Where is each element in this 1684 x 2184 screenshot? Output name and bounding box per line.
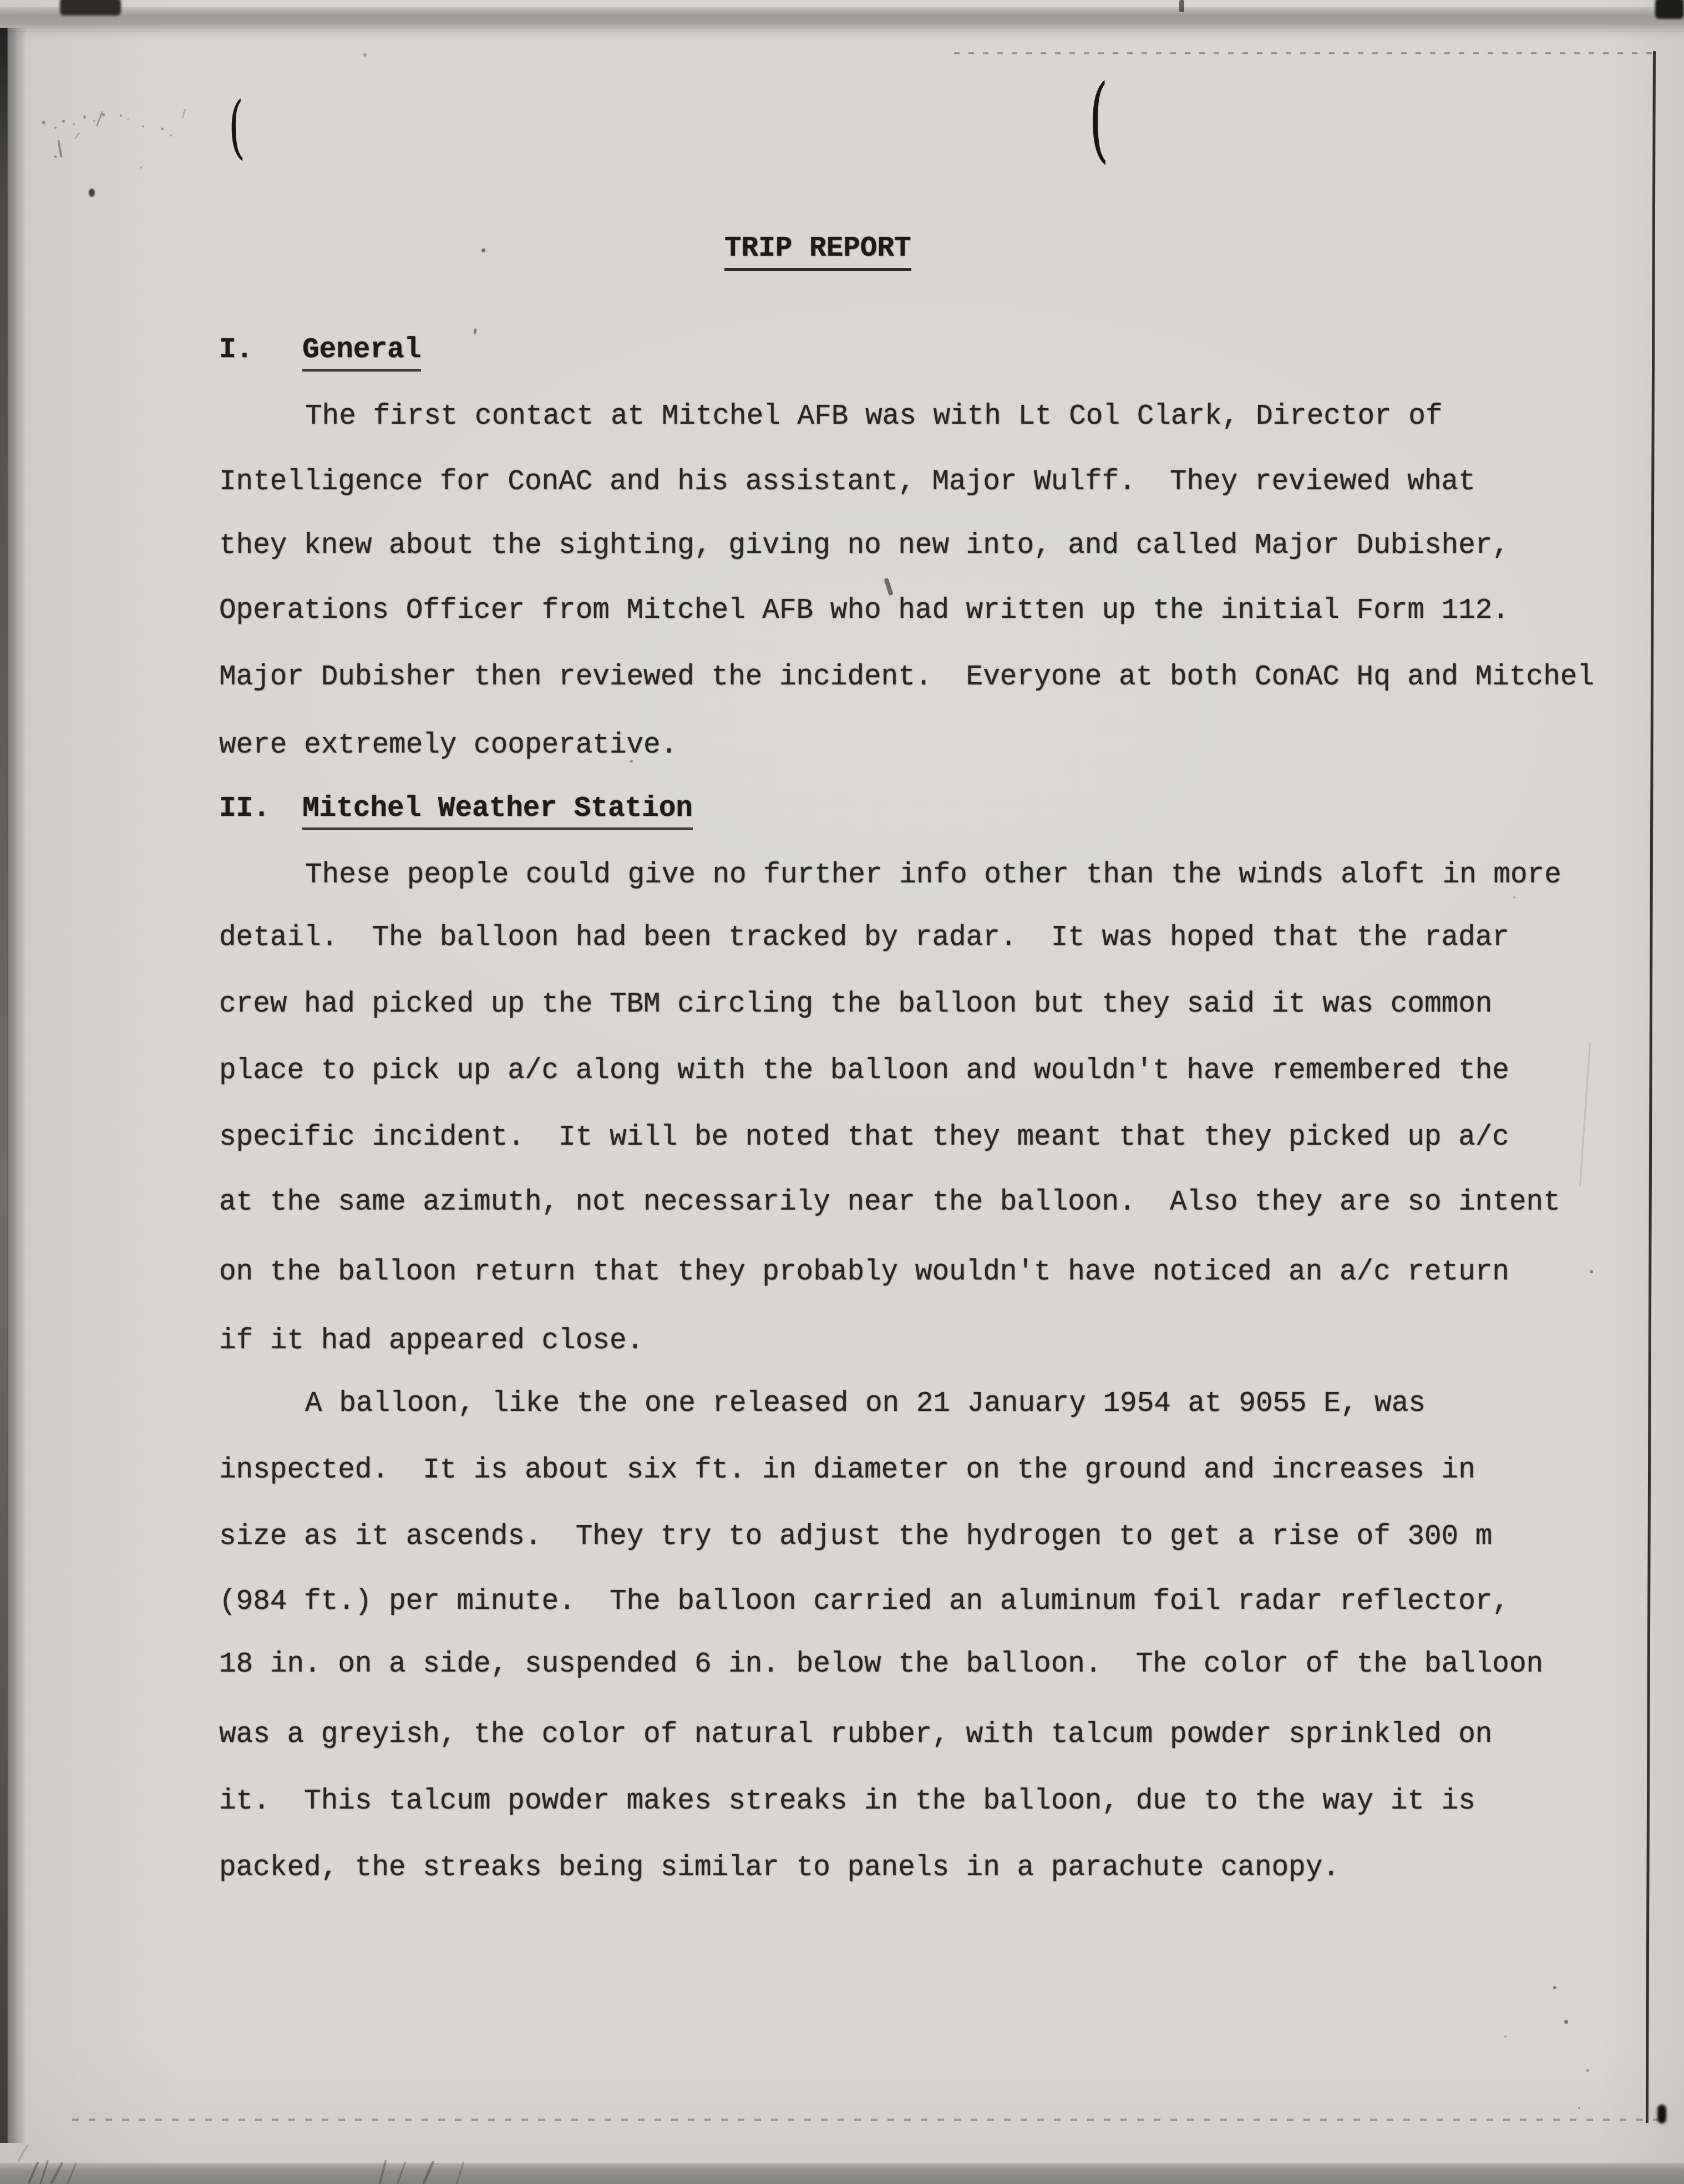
report-line: The first contact at Mitchel AFB was wit… — [219, 402, 1443, 432]
ink-speck — [1564, 2020, 1568, 2024]
report-line: inspected. It is about six ft. in diamet… — [219, 1455, 1475, 1486]
section-heading-weather-station: II.Mitchel Weather Station — [219, 794, 693, 824]
pencil-blob — [89, 189, 95, 197]
report-title: TRIP REPORT — [724, 233, 911, 264]
report-line: place to pick up a/c along with the ball… — [219, 1056, 1509, 1086]
scan-left-edge-shadow — [0, 28, 8, 2143]
report-line: Major Dubisher then reviewed the inciden… — [219, 662, 1594, 693]
report-line: were extremely cooperative. — [219, 730, 677, 761]
scan-top-band — [0, 7, 1684, 32]
report-line: A balloon, like the one released on 21 J… — [219, 1389, 1426, 1419]
section-number: II. — [219, 794, 302, 824]
section-title: General — [302, 334, 421, 372]
scan-left-edge-fade — [7, 28, 27, 2143]
film-blot-top-right — [1655, 0, 1684, 19]
ink-speck — [1586, 2069, 1589, 2072]
ink-speck — [1513, 896, 1515, 898]
pencil-mark — [142, 125, 144, 128]
ink-speck — [473, 328, 477, 335]
pencil-mark — [62, 120, 65, 123]
ink-speck — [363, 53, 367, 57]
report-line: crew had picked up the TBM circling the … — [219, 989, 1492, 1020]
pencil-mark — [140, 166, 142, 169]
section-title: Mitchel Weather Station — [302, 793, 693, 830]
pencil-mark — [93, 120, 95, 122]
pencil-stroke — [96, 111, 103, 126]
pencil-mark — [161, 128, 164, 130]
report-line: it. This talcum powder makes streaks in … — [219, 1786, 1475, 1817]
pencil-mark — [170, 134, 172, 136]
report-line: specific incident. It will be noted that… — [219, 1123, 1509, 1153]
pencil-mark — [54, 126, 57, 129]
ink-speck — [1590, 1270, 1593, 1273]
pencil-smudge — [1579, 1043, 1591, 1187]
page-edge-line-right — [1646, 51, 1656, 2123]
pencil-mark — [54, 155, 57, 158]
scan-bottom-band — [0, 2163, 1684, 2184]
report-line: These people could give no further info … — [219, 860, 1561, 891]
scan-top-band-fade — [0, 31, 1684, 41]
pencil-mark — [42, 121, 45, 124]
report-line: was a greyish, the color of natural rubb… — [219, 1720, 1492, 1750]
section-heading-general: I.General — [219, 335, 421, 365]
crease-mark-center: ( — [1088, 64, 1109, 173]
ink-speck — [1553, 1986, 1556, 1989]
pencil-stroke — [182, 109, 186, 119]
pencil-mark — [83, 115, 86, 119]
report-line: (984 ft.) per minute. The balloon carrie… — [219, 1587, 1509, 1617]
pencil-mark — [73, 123, 75, 125]
report-line: 18 in. on a side, suspended 6 in. below … — [219, 1649, 1543, 1680]
report-line: Intelligence for ConAC and his assistant… — [219, 467, 1475, 497]
pencil-mark — [102, 113, 105, 116]
report-line: if it had appeared close. — [219, 1326, 643, 1357]
scanned-document-page: ( ( TRIP REPORT I.General The first cont… — [0, 0, 1684, 2184]
pencil-mark — [127, 119, 129, 120]
report-line: size as it ascends. They try to adjust t… — [219, 1522, 1492, 1552]
ink-speck — [1578, 2107, 1580, 2109]
report-line: they knew about the sighting, giving no … — [219, 531, 1509, 561]
scratch-mark — [17, 2144, 29, 2162]
report-line: Operations Officer from Mitchel AFB who … — [219, 596, 1509, 626]
report-line: at the same azimuth, not necessarily nea… — [219, 1187, 1560, 1218]
film-tick-top-center — [1179, 0, 1184, 12]
ink-speck — [481, 248, 485, 252]
report-title-text: TRIP REPORT — [724, 233, 911, 271]
faint-dotted-line-bottom — [72, 2119, 1663, 2121]
pencil-mark — [120, 114, 122, 117]
crease-mark-left: ( — [227, 87, 246, 168]
pencil-stroke — [74, 133, 80, 140]
section-number: I. — [219, 335, 302, 365]
ink-speck — [884, 578, 893, 596]
report-line: detail. The balloon had been tracked by … — [219, 923, 1509, 953]
ink-speck — [1504, 2035, 1507, 2038]
pencil-stroke — [57, 140, 62, 158]
film-blot-top-left — [60, 0, 121, 16]
report-line: on the balloon return that they probably… — [219, 1257, 1509, 1288]
report-line: packed, the streaks being similar to pan… — [219, 1853, 1340, 1883]
faint-dotted-line-top — [954, 52, 1652, 54]
